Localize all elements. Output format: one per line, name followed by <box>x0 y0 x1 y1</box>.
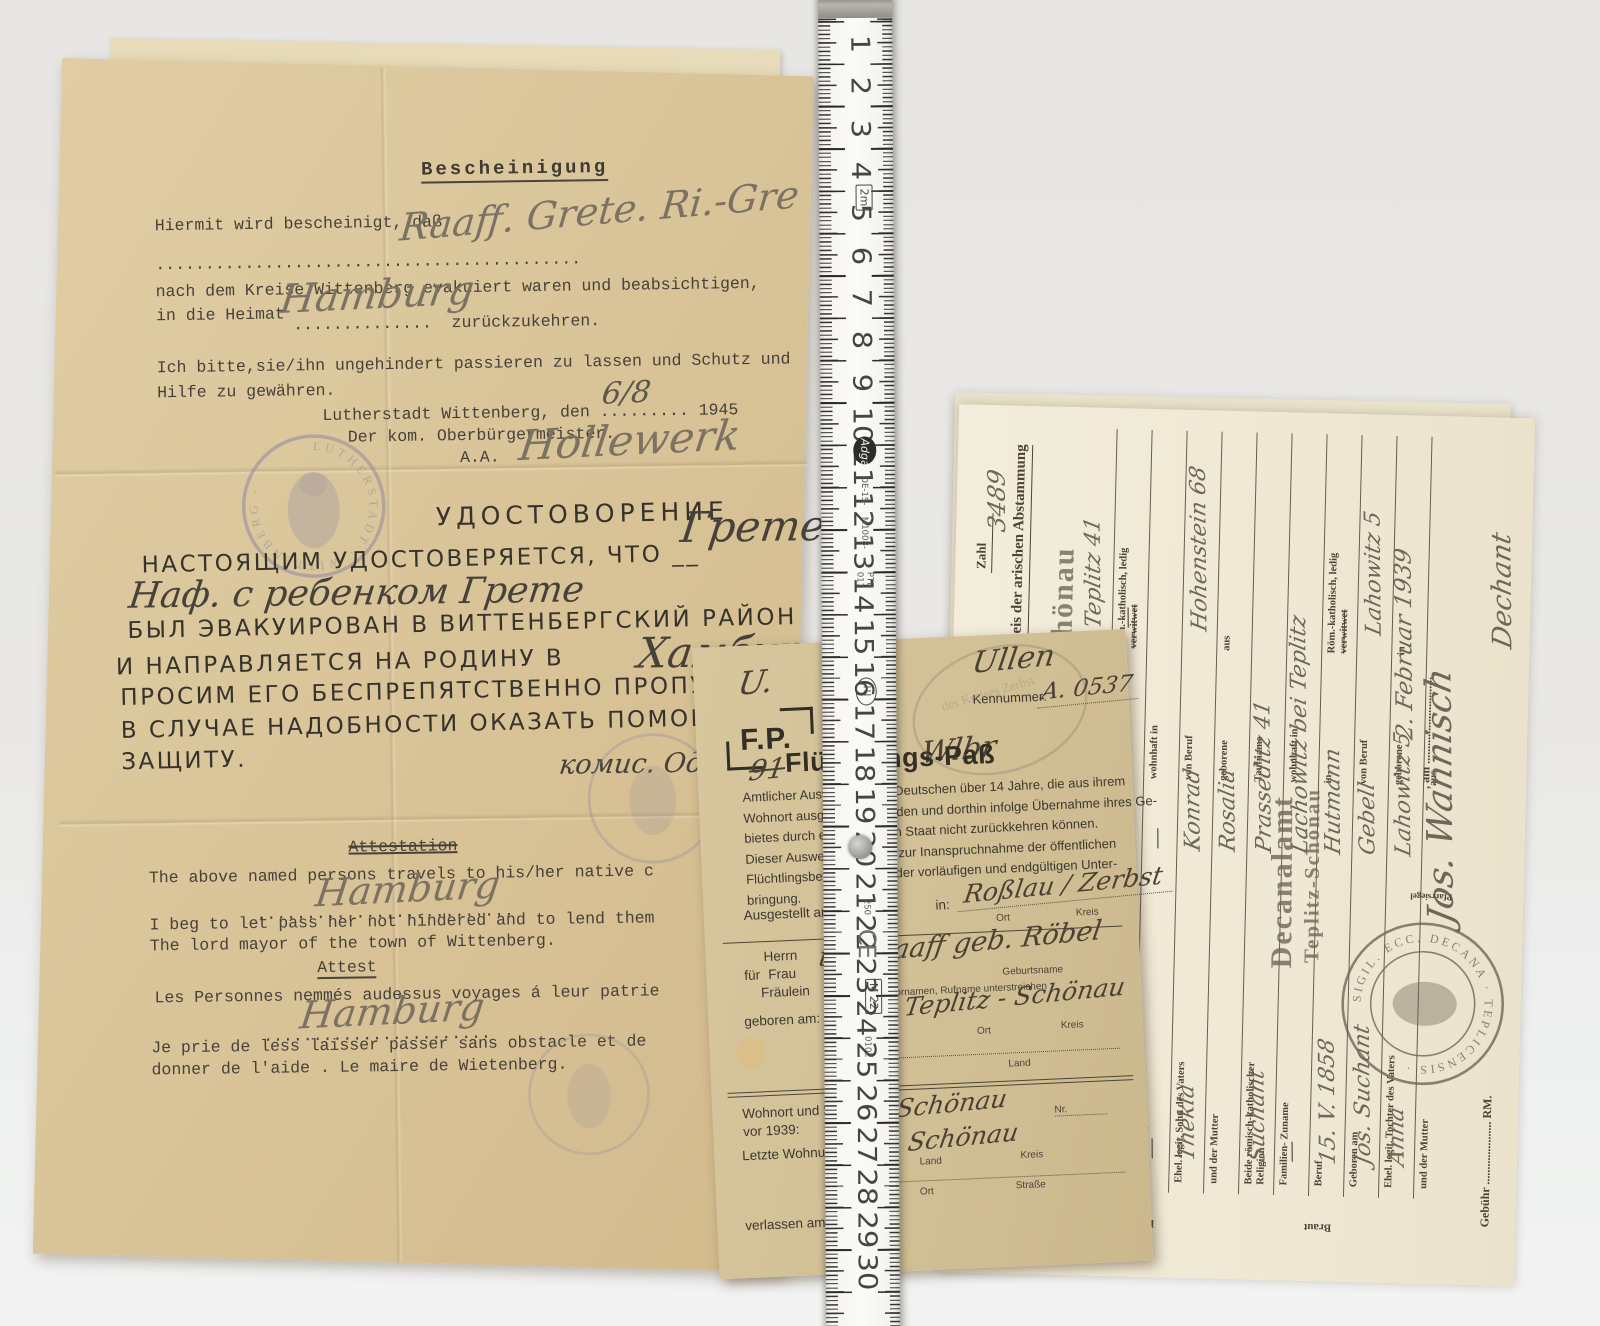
form-entry: Teplitz 41 <box>1081 515 1107 630</box>
born-label: geboren am: <box>744 1011 820 1029</box>
herrn-label: Herrn <box>763 948 797 964</box>
fold-crease <box>55 459 807 477</box>
handwritten-date: 2. Februar 1939 <box>1391 546 1419 741</box>
handwritten-u: U. <box>736 661 776 703</box>
struck-option: verwitwet <box>1338 609 1350 654</box>
ruler-number: 19 <box>850 786 881 826</box>
ruler-mark-ce: CE <box>853 926 881 960</box>
ruler-number: 17 <box>849 701 880 741</box>
form-entry: Hohenstein 68 <box>1186 464 1213 633</box>
geburtsname-label: Geburtsname <box>1002 964 1063 978</box>
cyr-handwritten: Грете <box>678 501 828 552</box>
verlassen-label: verlassen am: <box>745 1215 830 1234</box>
ruler-number: 6 <box>846 236 877 276</box>
ort-label: Ort <box>996 912 1010 924</box>
doc1-line: .............. zurückzukehren. <box>293 311 600 334</box>
form-label: aus <box>1221 501 1237 651</box>
form-entry: Gebell <box>1355 780 1381 857</box>
doc1-line: A.A. <box>460 448 500 468</box>
side-label-braut: Braut <box>1304 1221 1332 1234</box>
cyr-line: ЗАЩИТУ. <box>121 747 247 776</box>
handwritten-date: 6/8 <box>600 375 653 412</box>
dotted-line <box>893 1172 1125 1183</box>
round-stamp-faint <box>518 1023 660 1165</box>
vor1939-label: vor 1939: <box>743 1122 800 1139</box>
ruler-mark-0102: 0102 <box>862 1030 872 1064</box>
handwritten-name: Raaff. Grete. Ri.-Gre <box>398 173 801 250</box>
paper-spot <box>735 1037 766 1068</box>
ruler-metal-tip <box>818 0 892 18</box>
form-label: Familien- Zuname <box>1278 1035 1294 1185</box>
form-label: Röm.-katholisch, ledigverwitwet <box>1326 503 1354 654</box>
ruler-number: 1 <box>845 24 876 64</box>
land-label: Land <box>919 1156 942 1168</box>
stamp-decanalamt: Decanalamt <box>1265 795 1300 969</box>
form-entry: — <box>1145 825 1170 852</box>
letzte-wohnung-value: Schönau <box>906 1117 1021 1157</box>
form-entry: Rosalia <box>1215 767 1241 854</box>
fraeulein-label: Fräulein <box>761 983 810 1000</box>
signature: Jos. Wannisch <box>1419 665 1462 928</box>
strasse-label: Straße <box>1016 1179 1046 1191</box>
photo-of-documents: Bescheinigung Hiermit wird bescheinigt, … <box>0 0 1600 1326</box>
svg-text:des Kreises Zerbst: des Kreises Zerbst <box>940 672 1037 714</box>
zahl-number: 3489 <box>983 467 1011 534</box>
oval-stamp-kreis: des Kreises Zerbst <box>902 631 1098 789</box>
ruler-mark-2m: 2m <box>856 185 873 211</box>
ruler-number: 3 <box>845 109 876 149</box>
form-entry: Lahowitz 5 <box>1361 509 1387 637</box>
folding-ruler: 1234567891011121314151617181920212223242… <box>818 0 900 1326</box>
ruler-number: 7 <box>846 278 877 318</box>
ruler-number: 30 <box>852 1252 883 1292</box>
doc1-line: Ich bitte,sie/ihn ungehindert passieren … <box>157 349 791 377</box>
doc1-dots: ........................................… <box>155 249 581 274</box>
doc1-line: Hilfe zu gewähren. <box>157 381 335 402</box>
dotted-line <box>888 1048 1120 1059</box>
frau-label: Frau <box>768 966 796 982</box>
ruler-mark-ptb011: PTB 011 <box>854 563 874 597</box>
stamp-decanalamt-2: Teplitz-Schönau <box>1299 788 1325 963</box>
in-label: in: <box>935 897 950 913</box>
issued-label: Ausgestellt am: <box>743 904 836 923</box>
ruler-number: 26 <box>851 1083 882 1123</box>
ruler-number: 27 <box>852 1125 883 1165</box>
fluechtlingspass: U. F.P. 91 Ullen Wlbr Kennummer: A. 0537… <box>692 629 1153 1279</box>
born-place: Teplitz - Schönau <box>902 972 1127 1022</box>
kreis-label: Kreis <box>1020 1149 1043 1161</box>
cyr-line: И НАПРАВЛЯЕТСЯ НА РОДИНУ В <box>116 645 565 680</box>
ruler-number: 29 <box>852 1210 883 1250</box>
ruler-mark-m1008: M1008- <box>859 516 869 550</box>
form-entry: Lahowitz 5 <box>1390 730 1416 858</box>
ort-label: Ort <box>920 1186 934 1198</box>
gebuehr-line: Gebühr ..................... RM. <box>1477 1095 1495 1227</box>
ruler-mark-250: 250 <box>861 890 871 924</box>
ruler-number: 15 <box>848 617 879 657</box>
form-label: wohnhaft in <box>1148 684 1162 779</box>
form-entry: Anna <box>1384 1105 1409 1168</box>
kreis-label: Kreis <box>1061 1019 1084 1031</box>
church-seal: SIGIL. ECC. DECANA · TEPLICENSIS · <box>1333 914 1513 1094</box>
form-label: von Beruf <box>1183 685 1197 780</box>
fuer-label: für <box>744 967 760 983</box>
nr-label: Nr. <box>1054 1102 1107 1116</box>
doc1-line: in die Heimat <box>156 304 285 325</box>
ruler-number: 18 <box>849 744 880 784</box>
form-label: geborene <box>1218 686 1232 781</box>
ruler-mark-iii: III <box>856 677 877 705</box>
ruler-number: 28 <box>852 1167 883 1207</box>
form-label: und der Mutter <box>1208 1034 1224 1184</box>
doc1-line: I beg to let pass her not hindered and t… <box>149 908 654 934</box>
form-label: von Beruf <box>1358 689 1372 784</box>
form-entry: Suchant <box>1245 1067 1271 1165</box>
attestation-title: Attestation <box>348 836 457 857</box>
signature-title: Dechant <box>1486 530 1518 652</box>
ruler-number: 8 <box>847 320 878 360</box>
ruler-number: 2 <box>845 66 876 106</box>
ruler-joint-rivet <box>848 835 872 859</box>
doc1-title: Bescheinigung <box>421 156 609 184</box>
seal-label: Pfarrsiegel <box>1410 891 1452 902</box>
ruler-number: 9 <box>847 363 878 403</box>
form-entry: Konrad <box>1180 766 1206 853</box>
form-entry: Thekla <box>1174 1082 1200 1163</box>
ruler-mark-m22: M 22 <box>865 979 882 1014</box>
handwritten-91: 91 <box>747 751 788 788</box>
ruler-mark-de15: DE-15- <box>859 474 869 508</box>
doc1-line: The lord mayor of the town of Wittenberg… <box>150 931 556 956</box>
ruler-mark-adga: Adga <box>853 436 876 464</box>
land-label: Land <box>1008 1058 1031 1070</box>
ort-label: Ort <box>977 1025 991 1037</box>
doc1-line: donner de l'aide . Le maire de Wietenber… <box>151 1055 567 1080</box>
attest-title: Attest <box>317 957 377 979</box>
